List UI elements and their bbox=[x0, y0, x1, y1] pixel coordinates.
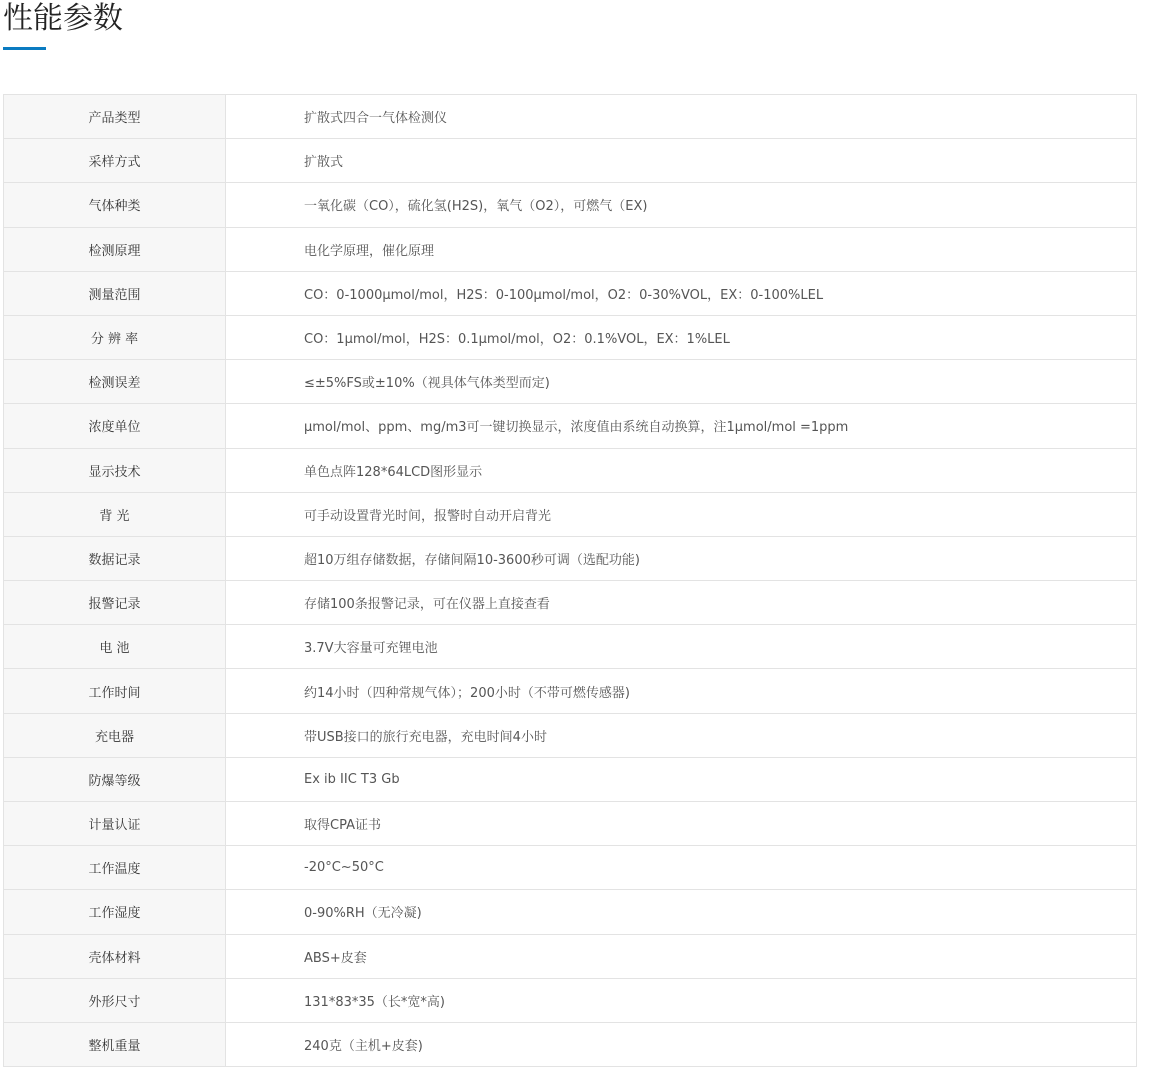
table-row: 检测原理电化学原理，催化原理 bbox=[4, 227, 1137, 271]
spec-label: 工作温度 bbox=[4, 846, 226, 890]
spec-value: 3.7V大容量可充锂电池 bbox=[226, 625, 1137, 669]
spec-value: 可手动设置背光时间，报警时自动开启背光 bbox=[226, 492, 1137, 536]
spec-value: 超10万组存储数据，存储间隔10-3600秒可调（选配功能) bbox=[226, 536, 1137, 580]
table-row: 背 光可手动设置背光时间，报警时自动开启背光 bbox=[4, 492, 1137, 536]
table-row: 产品类型扩散式四合一气体检测仪 bbox=[4, 95, 1137, 139]
spec-label: 充电器 bbox=[4, 713, 226, 757]
spec-label: 分 辨 率 bbox=[4, 315, 226, 359]
spec-value: 扩散式四合一气体检测仪 bbox=[226, 95, 1137, 139]
spec-value: 一氧化碳（CO），硫化氢(H2S)，氧气（O2），可燃气（EX) bbox=[226, 183, 1137, 227]
spec-label: 采样方式 bbox=[4, 139, 226, 183]
table-row: 防爆等级Ex ib IIC T3 Gb bbox=[4, 757, 1137, 801]
spec-label: 工作湿度 bbox=[4, 890, 226, 934]
table-row: 气体种类一氧化碳（CO），硫化氢(H2S)，氧气（O2），可燃气（EX) bbox=[4, 183, 1137, 227]
spec-value: ≤±5%FS或±10%（视具体气体类型而定) bbox=[226, 360, 1137, 404]
title-underline bbox=[3, 47, 46, 50]
spec-label: 背 光 bbox=[4, 492, 226, 536]
spec-value: 240克（主机+皮套) bbox=[226, 1022, 1137, 1066]
spec-value: 带USB接口的旅行充电器，充电时间4小时 bbox=[226, 713, 1137, 757]
spec-value: CO：0-1000μmol/mol，H2S：0-100μmol/mol，O2：0… bbox=[226, 271, 1137, 315]
table-row: 整机重量240克（主机+皮套) bbox=[4, 1022, 1137, 1066]
spec-value: 扩散式 bbox=[226, 139, 1137, 183]
spec-value: ABS+皮套 bbox=[226, 934, 1137, 978]
spec-value: μmol/mol、ppm、mg/m3可一键切换显示，浓度值由系统自动换算，注1μ… bbox=[226, 404, 1137, 448]
spec-value: 单色点阵128*64LCD图形显示 bbox=[226, 448, 1137, 492]
spec-label: 浓度单位 bbox=[4, 404, 226, 448]
spec-label: 显示技术 bbox=[4, 448, 226, 492]
table-row: 工作温度-20°C~50°C bbox=[4, 846, 1137, 890]
table-row: 工作湿度0-90%RH（无冷凝) bbox=[4, 890, 1137, 934]
spec-value: 131*83*35（长*宽*高) bbox=[226, 978, 1137, 1022]
spec-label: 电 池 bbox=[4, 625, 226, 669]
spec-label: 检测原理 bbox=[4, 227, 226, 271]
spec-table-body: 产品类型扩散式四合一气体检测仪采样方式扩散式气体种类一氧化碳（CO），硫化氢(H… bbox=[4, 95, 1137, 1067]
table-row: 工作时间约14小时（四种常规气体）；200小时（不带可燃传感器) bbox=[4, 669, 1137, 713]
table-row: 壳体材料ABS+皮套 bbox=[4, 934, 1137, 978]
table-row: 采样方式扩散式 bbox=[4, 139, 1137, 183]
spec-label: 气体种类 bbox=[4, 183, 226, 227]
table-row: 测量范围CO：0-1000μmol/mol，H2S：0-100μmol/mol，… bbox=[4, 271, 1137, 315]
spec-label: 数据记录 bbox=[4, 536, 226, 580]
spec-label: 计量认证 bbox=[4, 802, 226, 846]
spec-label: 壳体材料 bbox=[4, 934, 226, 978]
section-header: 性能参数 bbox=[3, 0, 123, 38]
spec-label: 测量范围 bbox=[4, 271, 226, 315]
spec-label: 检测误差 bbox=[4, 360, 226, 404]
spec-value: 0-90%RH（无冷凝) bbox=[226, 890, 1137, 934]
spec-value: 取得CPA证书 bbox=[226, 802, 1137, 846]
table-row: 数据记录超10万组存储数据，存储间隔10-3600秒可调（选配功能) bbox=[4, 536, 1137, 580]
spec-label: 整机重量 bbox=[4, 1022, 226, 1066]
section-title: 性能参数 bbox=[3, 0, 123, 38]
table-row: 显示技术单色点阵128*64LCD图形显示 bbox=[4, 448, 1137, 492]
spec-label: 工作时间 bbox=[4, 669, 226, 713]
table-row: 充电器带USB接口的旅行充电器，充电时间4小时 bbox=[4, 713, 1137, 757]
spec-value: Ex ib IIC T3 Gb bbox=[226, 757, 1137, 801]
table-row: 计量认证取得CPA证书 bbox=[4, 802, 1137, 846]
spec-label: 报警记录 bbox=[4, 581, 226, 625]
spec-label: 防爆等级 bbox=[4, 757, 226, 801]
spec-label: 产品类型 bbox=[4, 95, 226, 139]
table-row: 电 池3.7V大容量可充锂电池 bbox=[4, 625, 1137, 669]
spec-value: 约14小时（四种常规气体）；200小时（不带可燃传感器) bbox=[226, 669, 1137, 713]
table-row: 报警记录存储100条报警记录，可在仪器上直接查看 bbox=[4, 581, 1137, 625]
table-row: 检测误差≤±5%FS或±10%（视具体气体类型而定) bbox=[4, 360, 1137, 404]
spec-label: 外形尺寸 bbox=[4, 978, 226, 1022]
table-row: 分 辨 率CO：1μmol/mol，H2S：0.1μmol/mol，O2：0.1… bbox=[4, 315, 1137, 359]
spec-value: -20°C~50°C bbox=[226, 846, 1137, 890]
spec-value: 电化学原理，催化原理 bbox=[226, 227, 1137, 271]
spec-value: 存储100条报警记录，可在仪器上直接查看 bbox=[226, 581, 1137, 625]
spec-value: CO：1μmol/mol，H2S：0.1μmol/mol，O2：0.1%VOL，… bbox=[226, 315, 1137, 359]
spec-table: 产品类型扩散式四合一气体检测仪采样方式扩散式气体种类一氧化碳（CO），硫化氢(H… bbox=[3, 94, 1137, 1067]
table-row: 外形尺寸131*83*35（长*宽*高) bbox=[4, 978, 1137, 1022]
table-row: 浓度单位μmol/mol、ppm、mg/m3可一键切换显示，浓度值由系统自动换算… bbox=[4, 404, 1137, 448]
